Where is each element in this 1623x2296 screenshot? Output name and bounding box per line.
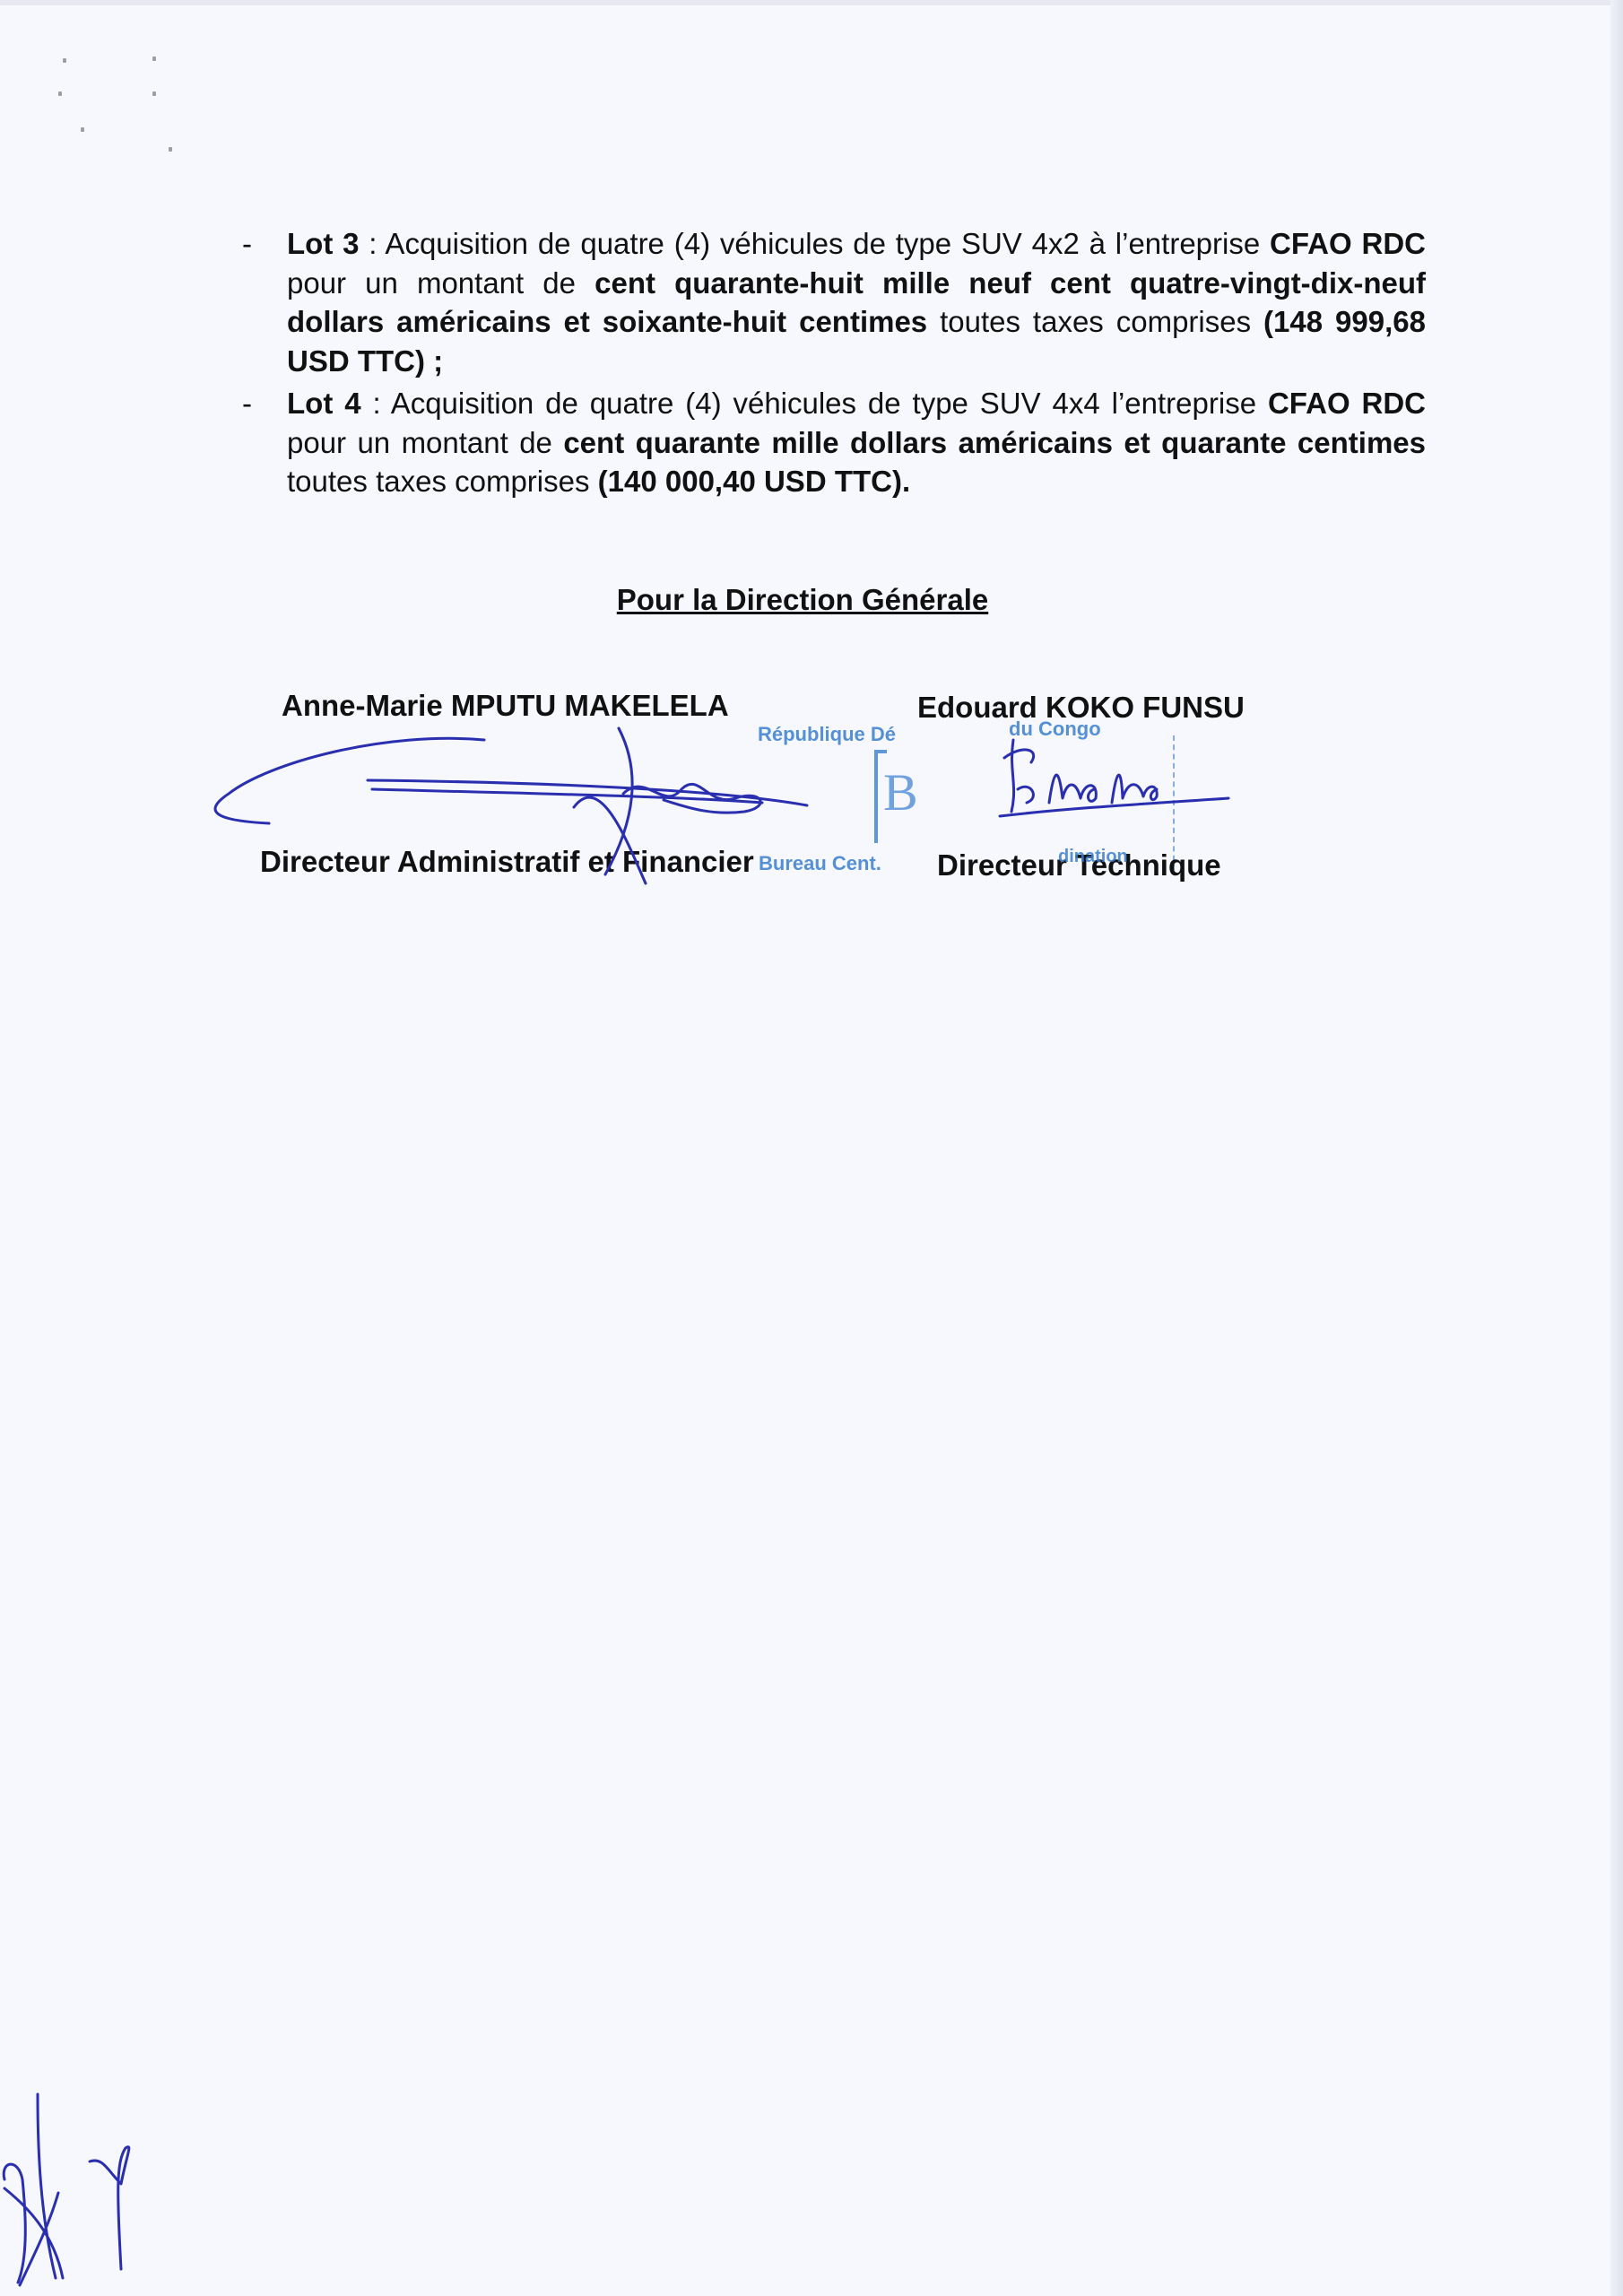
lot-3-paragraph: - Lot 3 : Acquisition de quatre (4) véhi… (287, 224, 1426, 380)
page-right-edge (1610, 0, 1623, 2296)
scan-artifacts (49, 54, 184, 161)
stamp-text-bottom-left: Bureau Cent. (759, 852, 881, 875)
stamp-text-top-left: République Dé (758, 723, 896, 746)
lot-label: Lot 4 (287, 387, 361, 420)
initials-icon (4, 2094, 129, 2285)
stamp-text-bottom-right: dination (1058, 847, 1128, 867)
lot-description: : Acquisition de quatre (4) véhicules de… (359, 227, 1270, 260)
bullet: - (242, 384, 252, 423)
page-top-edge (0, 0, 1623, 5)
signature-right-icon (1004, 740, 1157, 812)
company-name: CFAO RDC (1270, 227, 1426, 260)
taxes-text: toutes taxes comprises (927, 305, 1263, 338)
signatory-title-left: Directeur Administratif et Financier (260, 845, 754, 879)
lot-4-paragraph: - Lot 4 : Acquisition de quatre (4) véhi… (287, 384, 1426, 501)
amount-words: cent quarante mille dollars américains e… (563, 426, 1426, 459)
lot-description: : Acquisition de quatre (4) véhicules de… (361, 387, 1268, 420)
bullet: - (242, 224, 252, 264)
stamp-text-top-right: du Congo (1009, 717, 1101, 741)
closing-heading: Pour la Direction Générale (0, 583, 1605, 617)
company-name: CFAO RDC (1268, 387, 1426, 420)
lot-label: Lot 3 (287, 227, 359, 260)
stamp-logo-letter: B (883, 762, 918, 822)
taxes-text: toutes taxes comprises (287, 465, 598, 498)
amount-figures: (140 000,40 USD TTC). (598, 465, 910, 498)
amount-prefix: pour un montant de (287, 426, 563, 459)
signatory-name-left: Anne-Marie MPUTU MAKELELA (282, 689, 729, 723)
amount-prefix: pour un montant de (287, 266, 595, 300)
